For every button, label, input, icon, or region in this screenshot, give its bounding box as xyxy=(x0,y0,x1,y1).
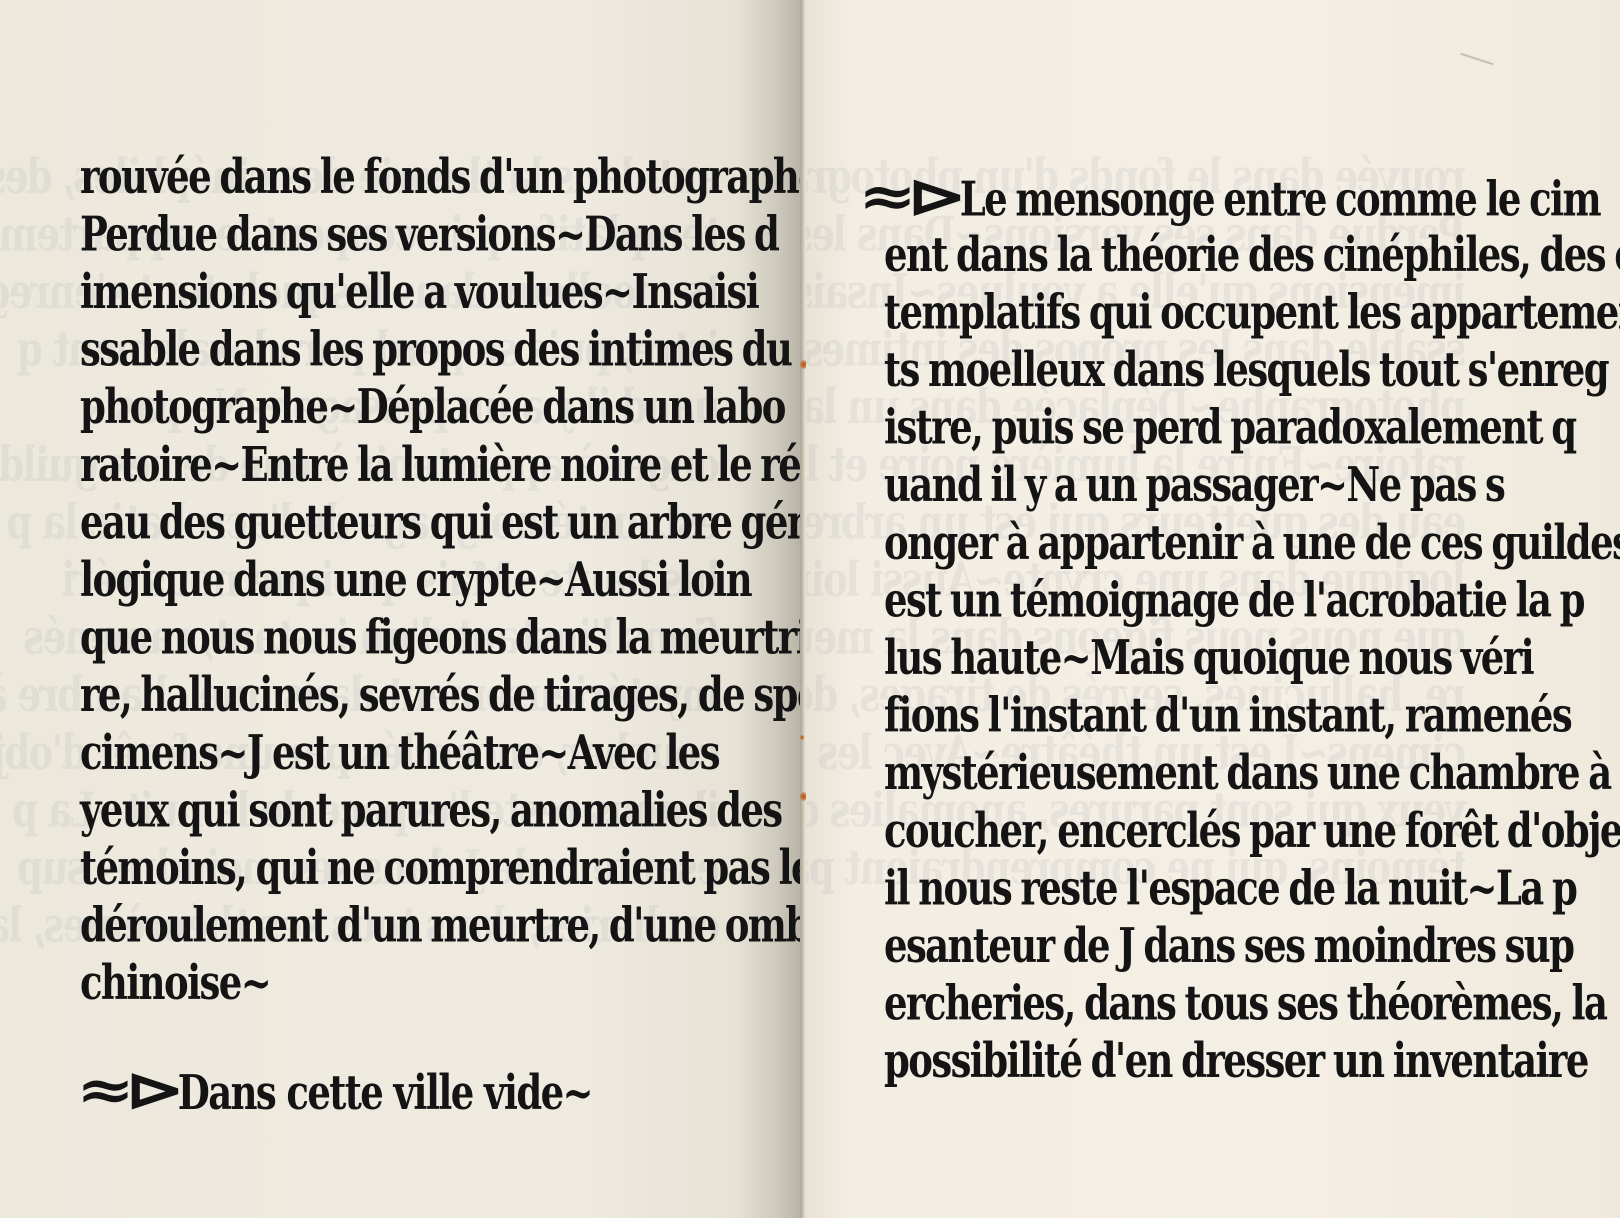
section-heading-text: Dans cette ville vide~ xyxy=(178,1064,592,1120)
text-line: possibilité d'en dresser un inventaire xyxy=(884,1032,1620,1090)
text-line: déroulement d'un meurtre, d'une ombre xyxy=(80,897,800,955)
pen-flourish-icon: ≈⊳ xyxy=(858,168,957,226)
text-line: est un témoignage de l'acrobatie la p xyxy=(884,572,1620,630)
text-line: logique dans une crypte~Aussi loin xyxy=(80,551,800,609)
text-line: onger à appartenir à une de ces guildes xyxy=(884,514,1620,572)
text-line: ssable dans les propos des intimes du xyxy=(80,321,800,379)
text-line: photographe~Déplacée dans un labo xyxy=(80,378,800,436)
text-line: mystérieusement dans une chambre à xyxy=(884,744,1620,802)
text-line: que nous nous figeons dans la meurtriè xyxy=(80,609,800,667)
text-line: istre, puis se perd paradoxalement q xyxy=(884,399,1620,457)
text-line: rouvée dans le fonds d'un photographe~ xyxy=(80,148,800,206)
pen-flourish-icon: ≈⊳ xyxy=(76,1058,175,1123)
binding-stain xyxy=(800,735,804,740)
section-heading: ≈⊳Dans cette ville vide~ xyxy=(76,1058,592,1123)
text-line: uand il y a un passager~Ne pas s xyxy=(884,456,1620,514)
left-page-body: rouvée dans le fonds d'un photographe~ P… xyxy=(80,148,800,1012)
text-line: coucher, encerclés par une forêt d'objet… xyxy=(884,802,1620,860)
text-line: témoins, qui ne comprendraient pas le xyxy=(80,839,800,897)
text-line: fions l'instant d'un instant, ramenés xyxy=(884,687,1620,745)
text-line: lus haute~Mais quoique nous véri xyxy=(884,629,1620,687)
text-line: ercheries, dans tous ses théorèmes, la xyxy=(884,975,1620,1033)
text-line: ent dans la théorie des cinéphiles, des … xyxy=(884,226,1620,284)
text-line: imensions qu'elle a voulues~Insaisi xyxy=(80,263,800,321)
right-page-opening-line: ≈⊳Le mensonge entre comme le cim xyxy=(858,168,1600,228)
text-line: cimens~J est un théâtre~Avec les xyxy=(80,724,800,782)
text-line: esanteur de J dans ses moindres sup xyxy=(884,917,1620,975)
text-line: ratoire~Entre la lumière noire et le rés xyxy=(80,436,800,494)
text-line: templatifs qui occupent les appartemen xyxy=(884,284,1620,342)
text-line: il nous reste l'espace de la nuit~La p xyxy=(884,860,1620,918)
left-page: ent dans la théorie des cinéphiles, des … xyxy=(0,0,800,1218)
paper-scuff xyxy=(1461,53,1494,65)
open-book-spread: ent dans la théorie des cinéphiles, des … xyxy=(0,0,1620,1218)
text-line: chinoise~ xyxy=(80,954,800,1012)
text-line: ts moelleux dans lesquels tout s'enreg xyxy=(884,341,1620,399)
opening-line-text: Le mensonge entre comme le cim xyxy=(960,171,1600,227)
text-line: eau des guetteurs qui est un arbre généa xyxy=(80,494,800,552)
text-line: yeux qui sont parures, anomalies des xyxy=(80,782,800,840)
text-line: re, hallucinés, sevrés de tirages, de sp… xyxy=(80,666,800,724)
right-page-body: ent dans la théorie des cinéphiles, des … xyxy=(884,226,1620,1090)
text-line: Perdue dans ses versions~Dans les d xyxy=(80,206,800,264)
